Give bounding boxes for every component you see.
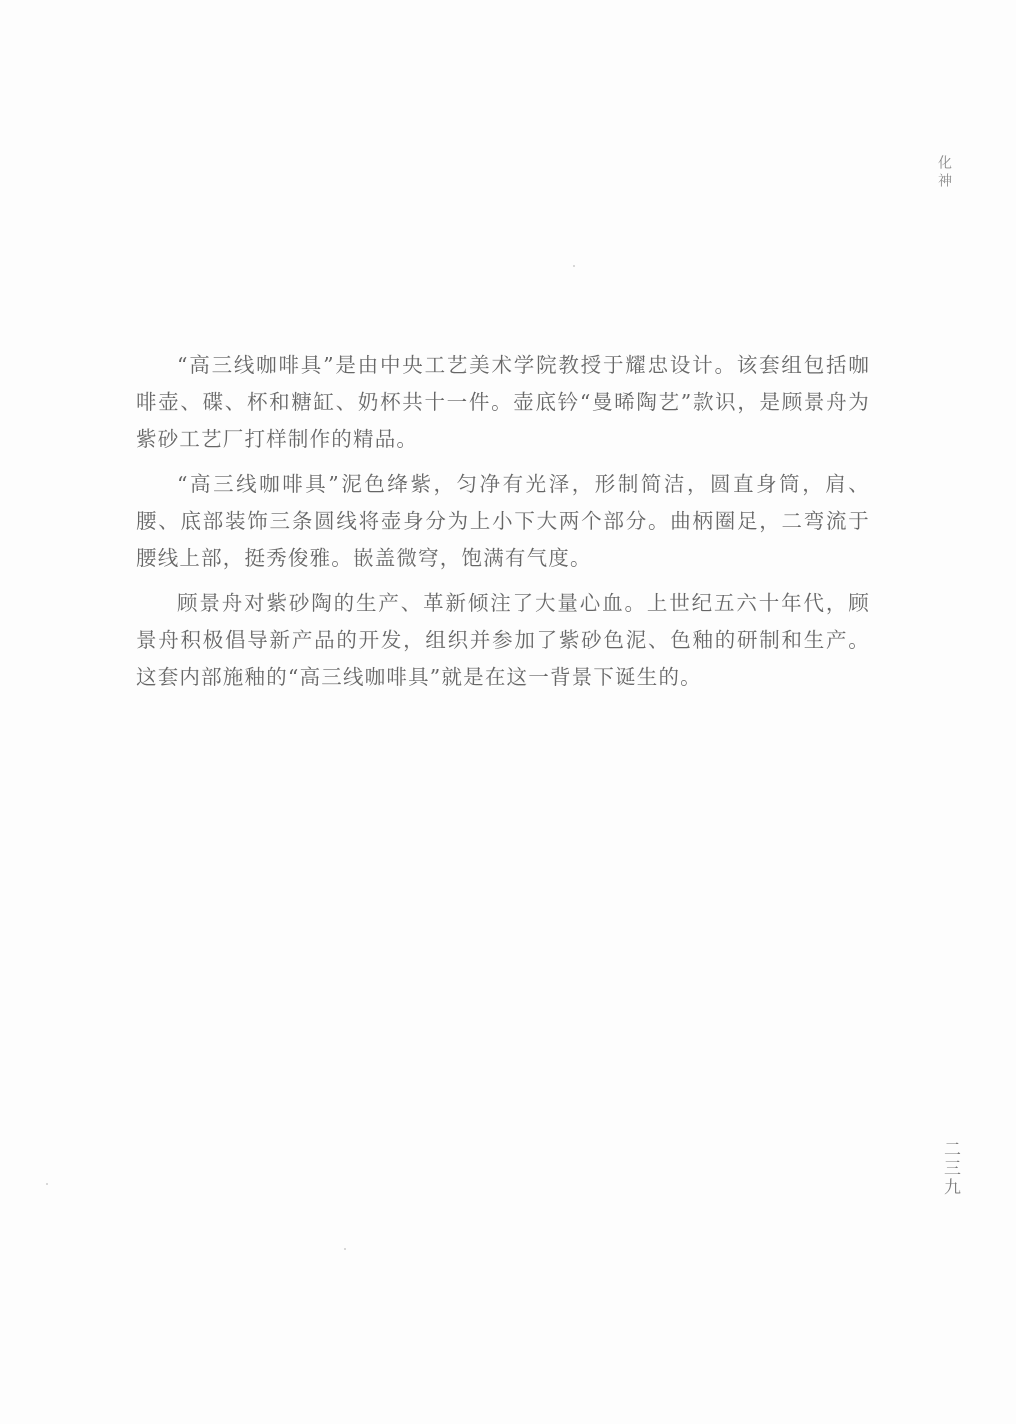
side-running-title: 化神 bbox=[936, 155, 956, 191]
body-text: “高三线咖啡具”是由中央工艺美术学院教授于耀忠设计。该套组包括咖啡壶、碟、杯和糖… bbox=[136, 347, 870, 704]
scan-speck bbox=[344, 1248, 346, 1250]
scan-speck bbox=[46, 1183, 48, 1185]
scan-speck bbox=[573, 265, 575, 267]
paragraph-2: “高三线咖啡具”泥色绛紫，匀净有光泽，形制简洁，圆直身筒，肩、腰、底部装饰三条圆… bbox=[136, 466, 870, 577]
page-number: 二三九 bbox=[938, 1140, 962, 1197]
paragraph-1: “高三线咖啡具”是由中央工艺美术学院教授于耀忠设计。该套组包括咖啡壶、碟、杯和糖… bbox=[136, 347, 870, 458]
paragraph-3: 顾景舟对紫砂陶的生产、革新倾注了大量心血。上世纪五六十年代，顾景舟积极倡导新产品… bbox=[136, 585, 870, 696]
